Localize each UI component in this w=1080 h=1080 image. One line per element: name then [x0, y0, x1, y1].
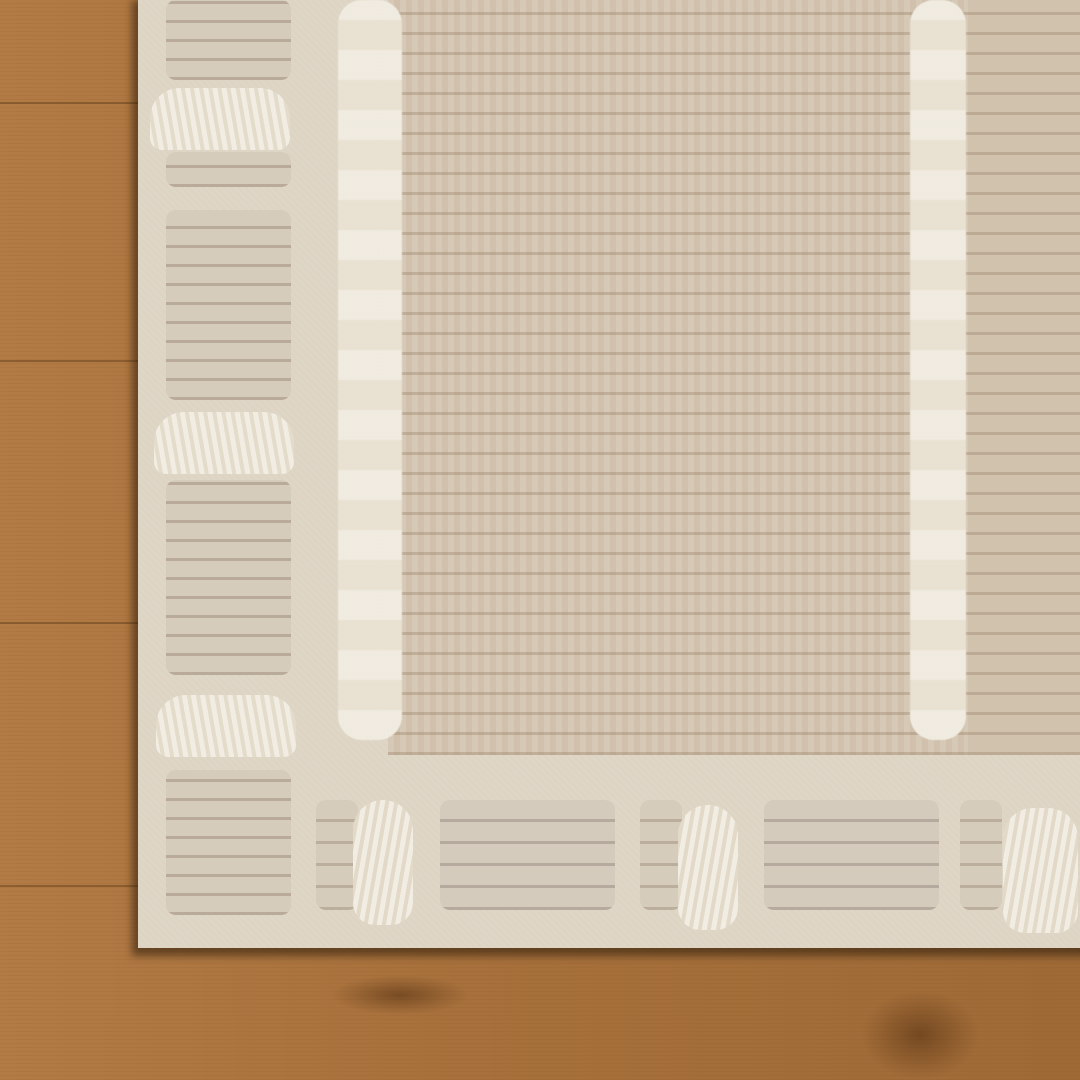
shag-tuft [156, 695, 296, 757]
border-block [166, 0, 291, 80]
border-block [166, 480, 291, 675]
shag-tuft [150, 88, 290, 150]
shag-tuft [353, 800, 413, 925]
border-block [166, 770, 291, 915]
shag-tuft [154, 412, 294, 474]
floor-plank-seam [0, 885, 140, 887]
floor-plank-seam [0, 102, 140, 104]
rug [138, 0, 1080, 948]
shag-tuft [1003, 808, 1078, 933]
border-block [316, 800, 358, 910]
shag-tuft [678, 805, 738, 930]
floor-plank-seam [0, 360, 140, 362]
border-block [960, 800, 1002, 910]
shag-column-right [910, 0, 966, 740]
border-block [764, 800, 939, 910]
border-block [640, 800, 682, 910]
border-block [440, 800, 615, 910]
wood-knot [860, 990, 980, 1080]
border-block [166, 152, 291, 187]
shag-column-left [338, 0, 402, 740]
border-block [166, 210, 291, 400]
rug-field-right [968, 0, 1080, 755]
wood-knot [330, 975, 470, 1015]
floor-plank-seam [0, 622, 140, 624]
